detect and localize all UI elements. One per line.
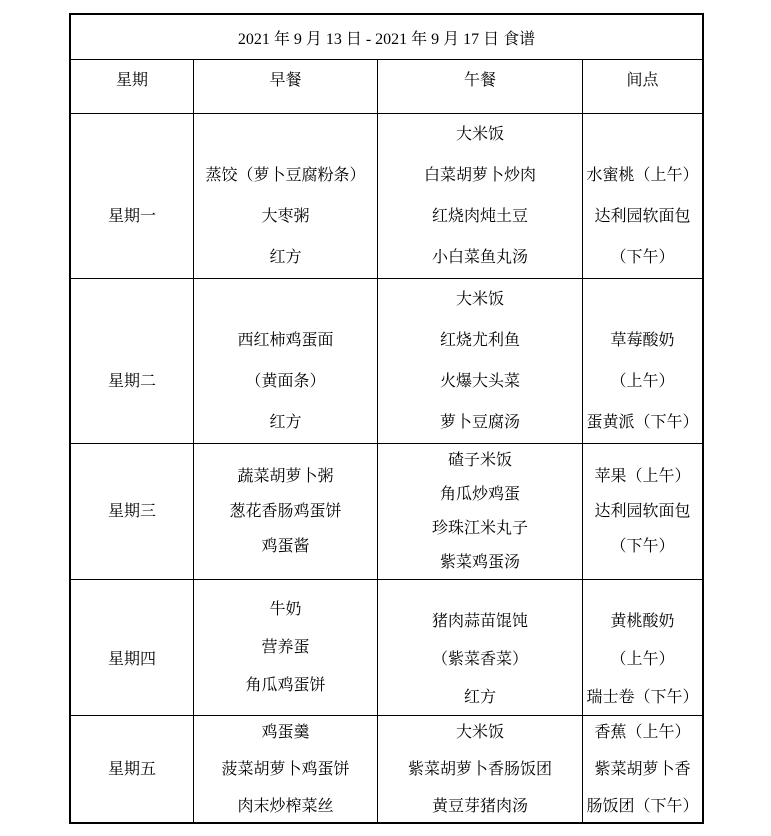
- menu-item: 大枣粥: [261, 196, 309, 237]
- menu-item: 达利园软面包: [594, 196, 690, 237]
- day-label: 星期四: [108, 641, 156, 679]
- menu-item: 黄豆芽猪肉汤: [432, 788, 528, 823]
- menu-item: 营养蛋: [261, 629, 309, 667]
- menu-item: 水蜜桃（上午）: [586, 155, 698, 196]
- menu-item: 葱花香肠鸡蛋饼: [229, 494, 341, 529]
- breakfast-cell-tuesday: 西红柿鸡蛋面 （黄面条） 红方: [193, 278, 377, 443]
- menu-item: 紫菜胡萝卜香: [594, 751, 690, 788]
- header-cell-snack: 间点: [582, 59, 702, 113]
- header-cell-lunch: 午餐: [377, 59, 582, 113]
- menu-item: 猪肉蒜苗馄饨: [432, 603, 528, 641]
- menu-item: 肠饭团（下午）: [586, 788, 698, 823]
- day-label: 星期二: [108, 361, 156, 402]
- menu-item: （上午）: [610, 641, 674, 679]
- menu-item: 牛奶: [269, 591, 301, 629]
- menu-item: 大米饭: [456, 279, 504, 320]
- menu-item: 香蕉（上午）: [594, 715, 690, 751]
- header-cell-breakfast: 早餐: [193, 59, 377, 113]
- menu-item: 紫菜胡萝卜香肠饭团: [408, 751, 552, 788]
- menu-item: 黄桃酸奶: [610, 603, 674, 641]
- menu-page: 2021 年 9 月 13 日 - 2021 年 9 月 17 日 食谱 星期 …: [0, 0, 771, 836]
- header-snack-label: 间点: [626, 67, 658, 90]
- lunch-cell-wednesday: 碴子米饭 角瓜炒鸡蛋 珍珠江米丸子 紫菜鸡蛋汤: [377, 443, 582, 579]
- breakfast-cell-monday: 蒸饺（萝卜豆腐粉条） 大枣粥 红方: [193, 113, 377, 278]
- menu-item: 蒸饺（萝卜豆腐粉条）: [205, 155, 365, 196]
- menu-item: 小白菜鱼丸汤: [432, 237, 528, 278]
- menu-item: 肉末炒榨菜丝: [237, 788, 333, 823]
- day-cell-monday: 星期一: [71, 113, 193, 278]
- menu-item: （黄面条）: [245, 361, 325, 402]
- menu-item: 珍珠江米丸子: [432, 512, 528, 546]
- menu-item: 红方: [269, 402, 301, 443]
- breakfast-cell-friday: 鸡蛋羹 菠菜胡萝卜鸡蛋饼 肉末炒榨菜丝: [193, 715, 377, 822]
- menu-item: 鸡蛋羹: [261, 715, 309, 751]
- menu-item: 红方: [269, 237, 301, 278]
- header-day-label: 星期: [116, 67, 148, 90]
- snack-cell-monday: 水蜜桃（上午） 达利园软面包 （下午）: [582, 113, 702, 278]
- snack-cell-friday: 香蕉（上午） 紫菜胡萝卜香 肠饭团（下午）: [582, 715, 702, 822]
- menu-item: 菠菜胡萝卜鸡蛋饼: [221, 751, 349, 788]
- day-label: 星期五: [108, 751, 156, 788]
- menu-item: 红方: [464, 679, 496, 716]
- menu-item: 蔬菜胡萝卜粥: [237, 459, 333, 494]
- menu-item: 角瓜鸡蛋饼: [245, 667, 325, 705]
- menu-item: 萝卜豆腐汤: [440, 402, 520, 443]
- menu-item: 鸡蛋酱: [261, 529, 309, 564]
- table-title-text: 2021 年 9 月 13 日 - 2021 年 9 月 17 日 食谱: [238, 26, 535, 49]
- menu-table: 2021 年 9 月 13 日 - 2021 年 9 月 17 日 食谱 星期 …: [69, 13, 704, 824]
- menu-item: 角瓜炒鸡蛋: [440, 478, 520, 512]
- menu-item: 红烧尤利鱼: [440, 320, 520, 361]
- menu-item: （紫菜香菜）: [432, 641, 528, 679]
- menu-item: 瑞士卷（下午）: [586, 679, 698, 716]
- snack-cell-thursday: 黄桃酸奶 （上午） 瑞士卷（下午）: [582, 579, 702, 715]
- breakfast-cell-thursday: 牛奶 营养蛋 角瓜鸡蛋饼: [193, 579, 377, 715]
- menu-item: 大米饭: [456, 715, 504, 751]
- menu-item: 红烧肉炖土豆: [432, 196, 528, 237]
- menu-item: 紫菜鸡蛋汤: [440, 546, 520, 580]
- snack-cell-wednesday: 苹果（上午） 达利园软面包 （下午）: [582, 443, 702, 579]
- menu-item: 草莓酸奶: [610, 320, 674, 361]
- menu-item: 碴子米饭: [448, 444, 512, 478]
- snack-cell-tuesday: 草莓酸奶 （上午） 蛋黄派（下午）: [582, 278, 702, 443]
- header-cell-day: 星期: [71, 59, 193, 113]
- day-cell-friday: 星期五: [71, 715, 193, 822]
- menu-item: 火爆大头菜: [440, 361, 520, 402]
- day-cell-tuesday: 星期二: [71, 278, 193, 443]
- breakfast-cell-wednesday: 蔬菜胡萝卜粥 葱花香肠鸡蛋饼 鸡蛋酱: [193, 443, 377, 579]
- day-label: 星期一: [108, 196, 156, 237]
- lunch-cell-thursday: 猪肉蒜苗馄饨 （紫菜香菜） 红方: [377, 579, 582, 715]
- day-cell-wednesday: 星期三: [71, 443, 193, 579]
- day-label: 星期三: [108, 494, 156, 529]
- menu-item: （下午）: [610, 529, 674, 564]
- menu-item: 白菜胡萝卜炒肉: [424, 155, 536, 196]
- menu-item: 大米饭: [456, 114, 504, 155]
- lunch-cell-friday: 大米饭 紫菜胡萝卜香肠饭团 黄豆芽猪肉汤: [377, 715, 582, 822]
- menu-item: 苹果（上午）: [594, 459, 690, 494]
- day-cell-thursday: 星期四: [71, 579, 193, 715]
- header-breakfast-label: 早餐: [269, 67, 301, 90]
- menu-item: 西红柿鸡蛋面: [237, 320, 333, 361]
- menu-item: 蛋黄派（下午）: [586, 402, 698, 443]
- lunch-cell-monday: 大米饭 白菜胡萝卜炒肉 红烧肉炖土豆 小白菜鱼丸汤: [377, 113, 582, 278]
- table-title: 2021 年 9 月 13 日 - 2021 年 9 月 17 日 食谱: [71, 15, 702, 59]
- menu-item: （上午）: [610, 361, 674, 402]
- menu-item: （下午）: [610, 237, 674, 278]
- menu-item: 达利园软面包: [594, 494, 690, 529]
- header-lunch-label: 午餐: [464, 67, 496, 90]
- lunch-cell-tuesday: 大米饭 红烧尤利鱼 火爆大头菜 萝卜豆腐汤: [377, 278, 582, 443]
